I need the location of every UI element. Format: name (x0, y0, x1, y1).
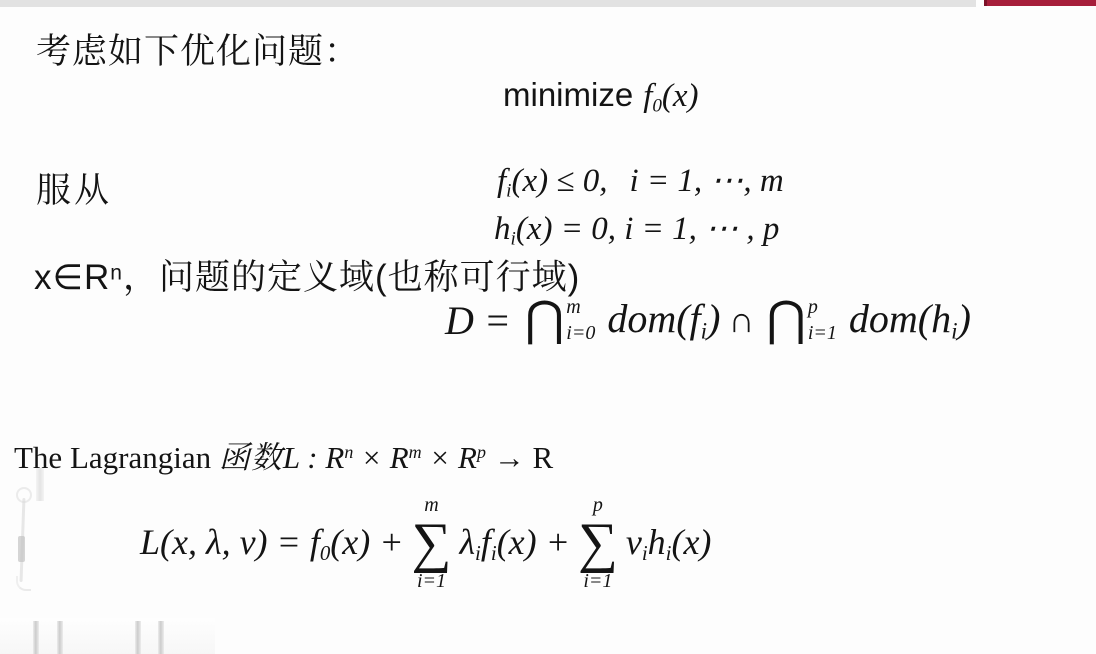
limit-top: p (808, 297, 837, 317)
lagrangian-intro-zh: 函数 (219, 440, 283, 475)
lagrangian-intro-en: The Lagrangian (14, 440, 219, 475)
t1-var: f (481, 522, 491, 562)
signature-sup-p: p (477, 442, 486, 462)
objective-fname: f (643, 78, 652, 114)
lagrangian-term-2: νihi(x) (626, 521, 712, 566)
t1-coef: λ (459, 522, 475, 562)
watermark-artifact (16, 487, 32, 503)
term1-var: f (690, 296, 701, 341)
bottom-shade-artifact (0, 618, 215, 654)
domain-term1: dom(fi) (607, 295, 720, 345)
equality-constraint: hi(x) = 0, i = 1, ⋯ , p (494, 208, 779, 250)
lagrangian-formula: L(x, λ, ν) = f0(x) + m ∑ i=1 λifi(x) + p… (140, 494, 711, 593)
limit-bottom: i=1 (808, 323, 837, 343)
objective-fsub: 0 (652, 95, 662, 116)
signature-sup-n: n (344, 442, 353, 462)
signature-l: L : R (283, 440, 344, 475)
sum-operator-2: p ∑ i=1 (578, 494, 618, 593)
ineq-var: f (497, 163, 506, 199)
domain-note-line: x∈Rn，问题的定义域(也称可行域) (34, 250, 580, 300)
big-intersection-1: ⋂ m i=0 (525, 296, 603, 344)
intersection-glyph: ⋂ (525, 296, 564, 344)
bottom-bar-artifact-4 (158, 621, 164, 654)
objective-args: (x) (662, 78, 699, 114)
lagrangian-intro-line: The Lagrangian 函数L : Rn × Rm × Rp → R (14, 432, 553, 477)
bottom-bar-artifact-2 (57, 621, 63, 654)
watermark-artifact (18, 536, 25, 562)
lhs-sub: 0 (320, 541, 330, 565)
bottom-bar-artifact-3 (135, 621, 141, 654)
domain-note-sup: n (110, 262, 123, 285)
sigma-icon: ∑ (412, 517, 452, 570)
intersection-binary: ∩ (720, 299, 762, 341)
ineq-body: (x) ≤ 0, (512, 163, 608, 199)
intro-text: 考虑如下优化问题： (36, 24, 360, 74)
sigma-icon: ∑ (578, 517, 618, 570)
watermark-artifact (20, 498, 26, 582)
window-top-edge-strip (0, 0, 976, 7)
eq-body: (x) = 0, i = 1, ⋯ , p (516, 211, 780, 247)
ineq-range: i = 1, ⋯, m (630, 163, 784, 199)
t2-post: (x) (671, 522, 711, 562)
lagrangian-term-1: λifi(x) + (459, 521, 569, 566)
domain-lhs: D = (445, 297, 521, 344)
limit-bottom: i=0 (566, 323, 595, 343)
subject-to-label: 服从 (36, 163, 112, 213)
big-intersection-2: ⋂ p i=1 (766, 296, 844, 344)
signature-sup-m: m (409, 442, 422, 462)
intersection-2-limits: p i=1 (808, 296, 837, 344)
signature-times-1: × R (353, 440, 408, 475)
t1-post: (x) + (497, 522, 570, 562)
objective-line: minimizef0(x) (503, 76, 699, 117)
limit-top: m (566, 297, 595, 317)
term2-var: h (931, 296, 951, 341)
term1-post: ) (707, 296, 720, 341)
term2-pre: dom( (849, 296, 931, 341)
bottom-bar-artifact-1 (33, 621, 39, 654)
sum-operator-1: m ∑ i=1 (412, 494, 452, 593)
domain-term2: dom(hi) (849, 295, 971, 345)
lhs-main: L(x, λ, ν) = f (140, 522, 320, 562)
t2-coef: ν (626, 522, 642, 562)
domain-note-suffix: ，问题的定义域(也称可行域) (123, 258, 580, 297)
presentation-slide: 考虑如下优化问题： minimizef0(x) 服从 fi(x) ≤ 0,i =… (0, 0, 1096, 654)
lhs-post: (x) + (330, 522, 403, 562)
term1-pre: dom( (607, 296, 689, 341)
domain-note-prefix: x∈R (34, 258, 110, 297)
signature-arrow: → R (486, 440, 553, 475)
intersection-1-limits: m i=0 (566, 296, 595, 344)
sum-2-lower-limit: i=1 (583, 570, 612, 593)
minimize-keyword: minimize (503, 76, 633, 113)
slide-accent-bar (984, 0, 1096, 6)
domain-formula: D = ⋂ m i=0 dom(fi) ∩ ⋂ p i=1 dom(hi) (445, 295, 971, 345)
eq-var: h (494, 211, 511, 247)
intersection-glyph: ⋂ (766, 296, 805, 344)
inequality-constraint: fi(x) ≤ 0,i = 1, ⋯, m (497, 160, 784, 202)
lagrangian-lhs: L(x, λ, ν) = f0(x) + (140, 521, 404, 566)
t2-var: h (648, 522, 666, 562)
term2-post: ) (958, 296, 971, 341)
sum-1-lower-limit: i=1 (417, 570, 446, 593)
signature-times-2: × R (422, 440, 477, 475)
watermark-artifact (16, 576, 31, 591)
